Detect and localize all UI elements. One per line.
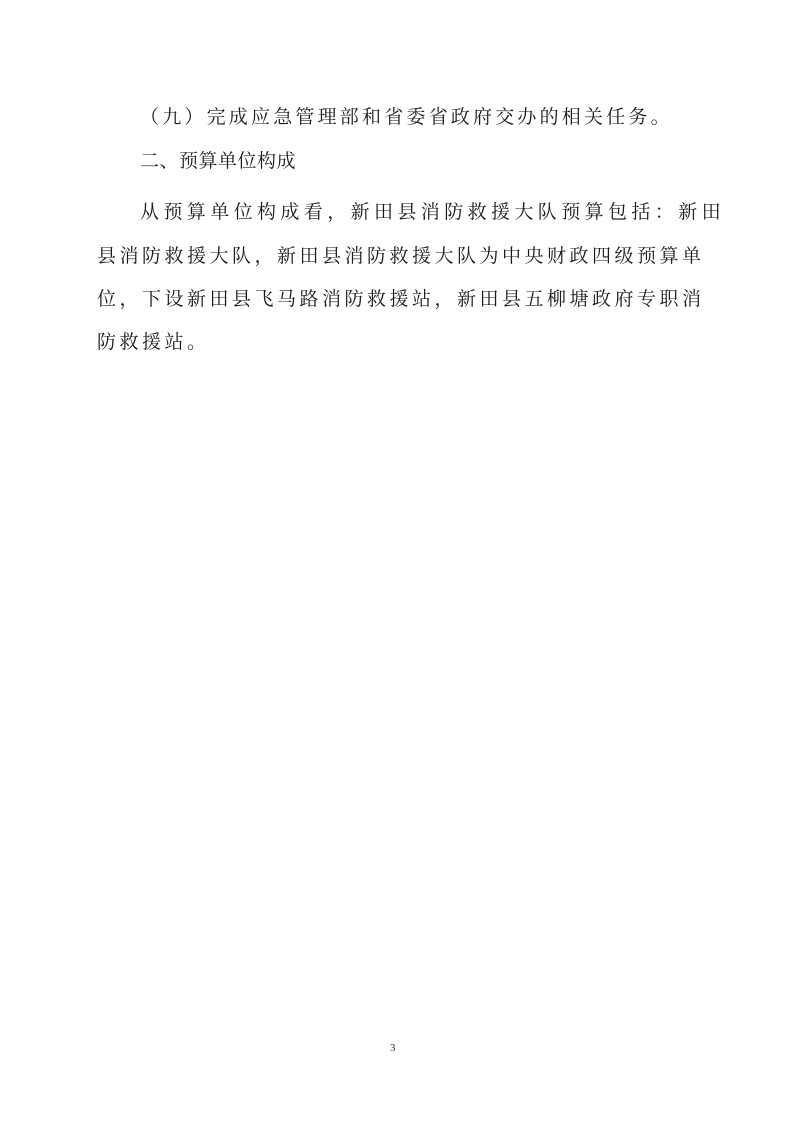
paragraph-line: 从预算单位构成看，新田县消防救援大队预算包括：新田 — [140, 200, 740, 224]
list-item-9: （九）完成应急管理部和省委省政府交办的相关任务。 — [140, 105, 740, 129]
section-heading: 二、预算单位构成 — [140, 149, 740, 173]
paragraph-line: 县消防救援大队，新田县消防救援大队为中央财政四级预算单 — [97, 244, 697, 268]
paragraph-line: 防救援站。 — [97, 330, 697, 354]
paragraph-line: 位，下设新田县飞马路消防救援站，新田县五柳塘政府专职消 — [97, 287, 697, 311]
document-page: （九）完成应急管理部和省委省政府交办的相关任务。 二、预算单位构成 从预算单位构… — [0, 0, 793, 1122]
page-number: 3 — [390, 1042, 396, 1054]
